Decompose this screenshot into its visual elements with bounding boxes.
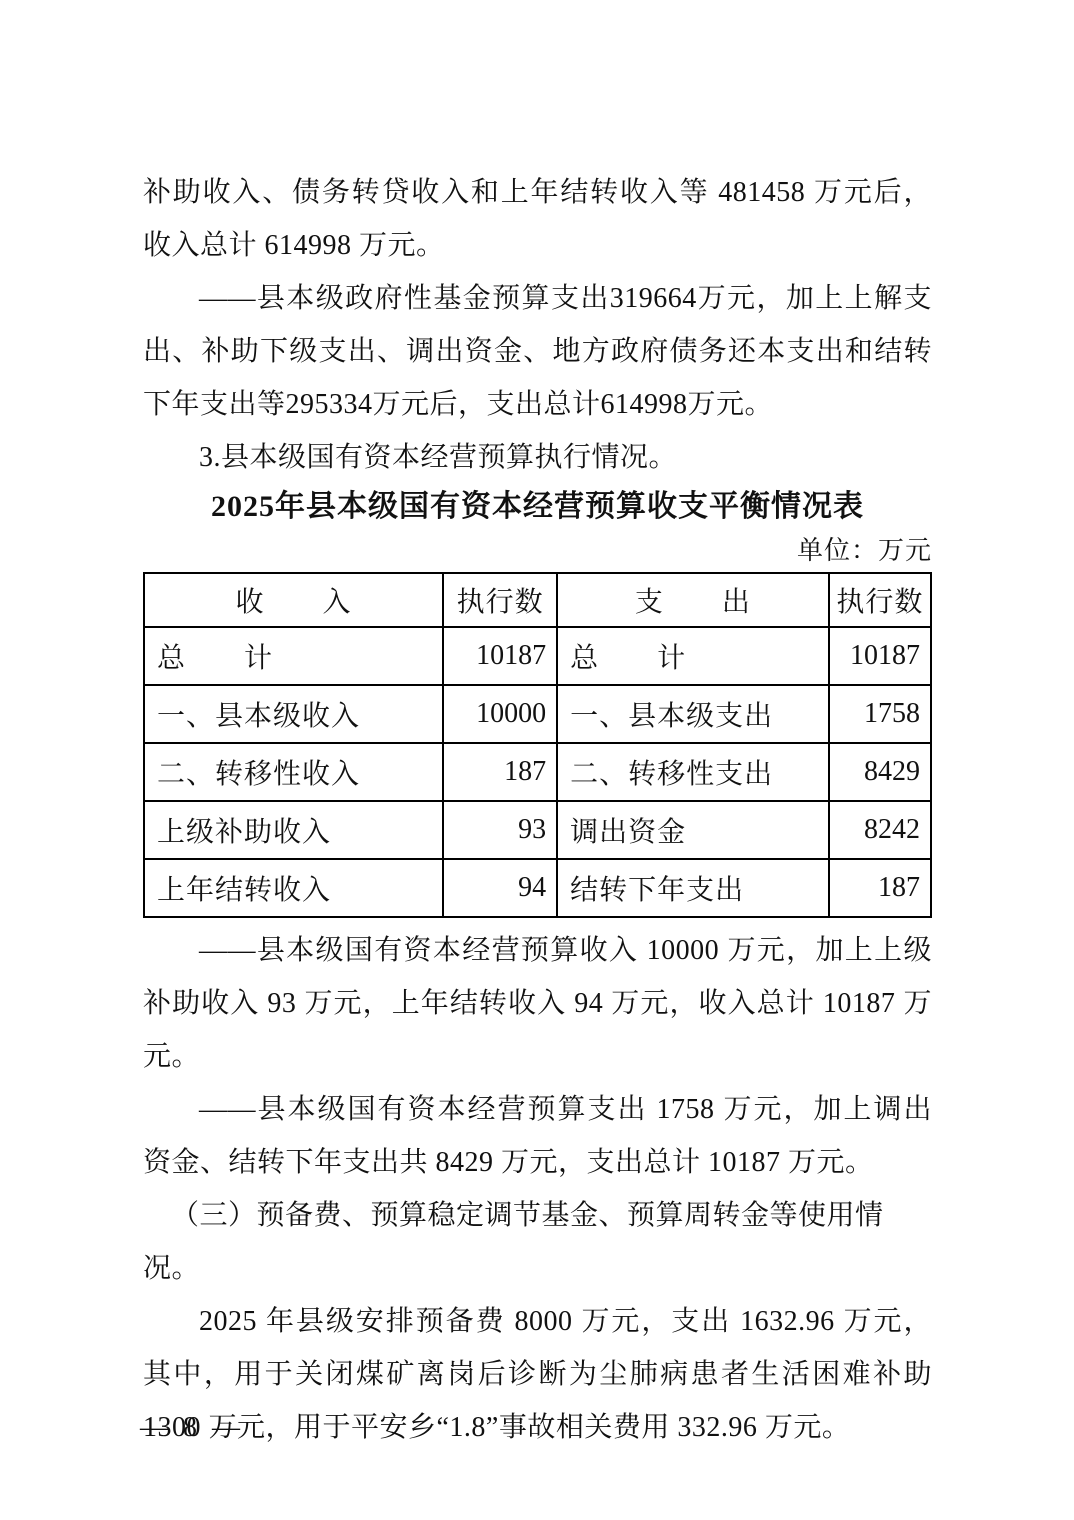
table-row: 上级补助收入 93 调出资金 8242 [144, 801, 931, 859]
document-content: 补助收入、债务转贷收入和上年结转收入等 481458 万元后， 收入总计 614… [143, 166, 932, 1454]
table-header-row: 收 入 执行数 支 出 执行数 [144, 573, 931, 627]
paragraph-line: 其中，用于关闭煤矿离岗后诊断为尘肺病患者生活困难补助 [143, 1348, 932, 1401]
income-value: 10187 [443, 627, 557, 685]
paragraph-line: ——县本级国有资本经营预算支出 1758 万元，加上调出 [143, 1083, 932, 1136]
expense-item: 结转下年支出 [557, 859, 829, 917]
paragraph-line: 1300 万元，用于平安乡“1.8”事故相关费用 332.96 万元。 [143, 1401, 932, 1454]
paragraph-line: ——县本级国有资本经营预算收入 10000 万元，加上上级 [143, 924, 932, 977]
expense-value: 10187 [829, 627, 931, 685]
expense-value: 8242 [829, 801, 931, 859]
paragraph-line: 元。 [143, 1030, 932, 1083]
expense-value: 187 [829, 859, 931, 917]
income-item: 二、转移性收入 [144, 743, 443, 801]
header-income: 收 入 [144, 573, 443, 627]
income-item: 总 计 [144, 627, 443, 685]
unit-label: 单位：万元 [143, 530, 932, 572]
income-item: 一、县本级收入 [144, 685, 443, 743]
paragraph-line: 出、补助下级支出、调出资金、地方政府债务还本支出和结转 [143, 325, 932, 378]
income-value: 94 [443, 859, 557, 917]
income-item: 上年结转收入 [144, 859, 443, 917]
income-value: 187 [443, 743, 557, 801]
paragraph-line: 收入总计 614998 万元。 [143, 219, 932, 272]
table-row: 二、转移性收入 187 二、转移性支出 8429 [144, 743, 931, 801]
expense-item: 一、县本级支出 [557, 685, 829, 743]
paragraph-line: 补助收入 93 万元，上年结转收入 94 万元，收入总计 10187 万 [143, 977, 932, 1030]
paragraph-line: 下年支出等295334万元后，支出总计614998万元。 [143, 378, 932, 431]
header-expense-exec: 执行数 [829, 573, 931, 627]
table-row: 上年结转收入 94 结转下年支出 187 [144, 859, 931, 917]
expense-item: 调出资金 [557, 801, 829, 859]
income-item: 上级补助收入 [144, 801, 443, 859]
table-row: 总 计 10187 总 计 10187 [144, 627, 931, 685]
expense-value: 1758 [829, 685, 931, 743]
page-number: — 8 — [140, 1401, 244, 1454]
paragraph-line: 资金、结转下年支出共 8429 万元，支出总计 10187 万元。 [143, 1136, 932, 1189]
income-value: 10000 [443, 685, 557, 743]
header-income-exec: 执行数 [443, 573, 557, 627]
expense-value: 8429 [829, 743, 931, 801]
header-expense: 支 出 [557, 573, 829, 627]
section-heading-soe-budget: 3.县本级国有资本经营预算执行情况。 [143, 431, 932, 484]
section-heading-reserve: （三）预备费、预算稳定调节基金、预算周转金等使用情况。 [143, 1189, 932, 1295]
paragraph-line: 补助收入、债务转贷收入和上年结转收入等 481458 万元后， [143, 166, 932, 219]
table-title: 2025年县本级国有资本经营预算收支平衡情况表 [143, 484, 932, 530]
expense-item: 总 计 [557, 627, 829, 685]
income-value: 93 [443, 801, 557, 859]
document-page: { "document": { "para_gov_fund_income": … [0, 0, 1074, 1520]
expense-item: 二、转移性支出 [557, 743, 829, 801]
paragraph-line: ——县本级政府性基金预算支出319664万元，加上上解支 [143, 272, 932, 325]
paragraph-line: 2025 年县级安排预备费 8000 万元，支出 1632.96 万元， [143, 1295, 932, 1348]
table-row: 一、县本级收入 10000 一、县本级支出 1758 [144, 685, 931, 743]
budget-balance-table: 收 入 执行数 支 出 执行数 总 计 10187 总 计 10187 一、县本… [143, 572, 932, 918]
